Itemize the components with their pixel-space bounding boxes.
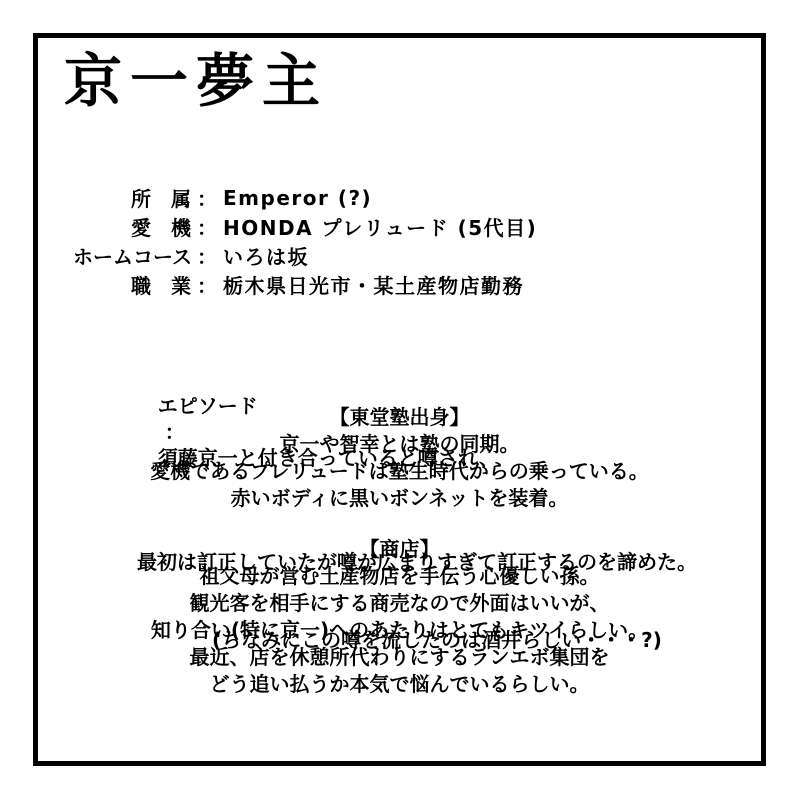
section-line: どう追い払うか本気で悩んでいるらしい。 — [38, 671, 761, 698]
field-label: 所 属 — [73, 183, 191, 212]
profile-card-frame: 京一夢主 所 属 ： Emperor (?) 愛 機 ： HONDA プレリュー… — [33, 33, 766, 766]
section-line: 愛機であるプレリュードは塾生時代からの乗っている。 — [38, 458, 761, 485]
field-colon: ： — [191, 270, 223, 299]
section-heading: 【東堂塾出身】 — [38, 404, 761, 431]
page-title: 京一夢主 — [64, 52, 328, 110]
field-colon: ： — [191, 241, 223, 270]
field-value: Emperor (?) — [223, 186, 372, 210]
section-line: 赤いボディに黒いボンネットを装着。 — [38, 485, 761, 512]
section-line: 祖父母が営む土産物店を手伝う心優しい孫。 — [38, 563, 761, 590]
section-line: 京一や智幸とは塾の同期。 — [38, 431, 761, 458]
page-background: 京一夢主 所 属 ： Emperor (?) 愛 機 ： HONDA プレリュー… — [0, 0, 800, 800]
field-colon: ： — [191, 212, 223, 241]
field-row-home-course: ホームコース ： いろは坂 — [73, 241, 537, 270]
field-label: ホームコース — [73, 241, 191, 270]
field-colon: ： — [191, 183, 223, 212]
section-todo-juku: 【東堂塾出身】 京一や智幸とは塾の同期。 愛機であるプレリュードは塾生時代からの… — [38, 404, 761, 512]
field-row-occupation: 職 業 ： 栃木県日光市・某土産物店勤務 — [73, 270, 537, 299]
section-line: 最近、店を休憩所代わりにするランエボ集団を — [38, 644, 761, 671]
profile-fields: 所 属 ： Emperor (?) 愛 機 ： HONDA プレリュード (5代… — [73, 183, 537, 299]
section-line: 観光客を相手にする商売なので外面はいいが、 — [38, 590, 761, 617]
section-heading: 【商店】 — [38, 536, 761, 563]
field-label: 職 業 — [73, 270, 191, 299]
field-row-car: 愛 機 ： HONDA プレリュード (5代目) — [73, 212, 537, 241]
field-row-affiliation: 所 属 ： Emperor (?) — [73, 183, 537, 212]
field-value: 栃木県日光市・某土産物店勤務 — [223, 270, 524, 299]
section-shop: 【商店】 祖父母が営む土産物店を手伝う心優しい孫。 観光客を相手にする商売なので… — [38, 536, 761, 698]
field-value: HONDA プレリュード (5代目) — [223, 212, 537, 241]
field-label: 愛 機 — [73, 212, 191, 241]
section-line: 知り合い(特に京一)へのあたりはとてもキツイらしい。 — [38, 617, 761, 644]
field-value: いろは坂 — [223, 241, 309, 270]
